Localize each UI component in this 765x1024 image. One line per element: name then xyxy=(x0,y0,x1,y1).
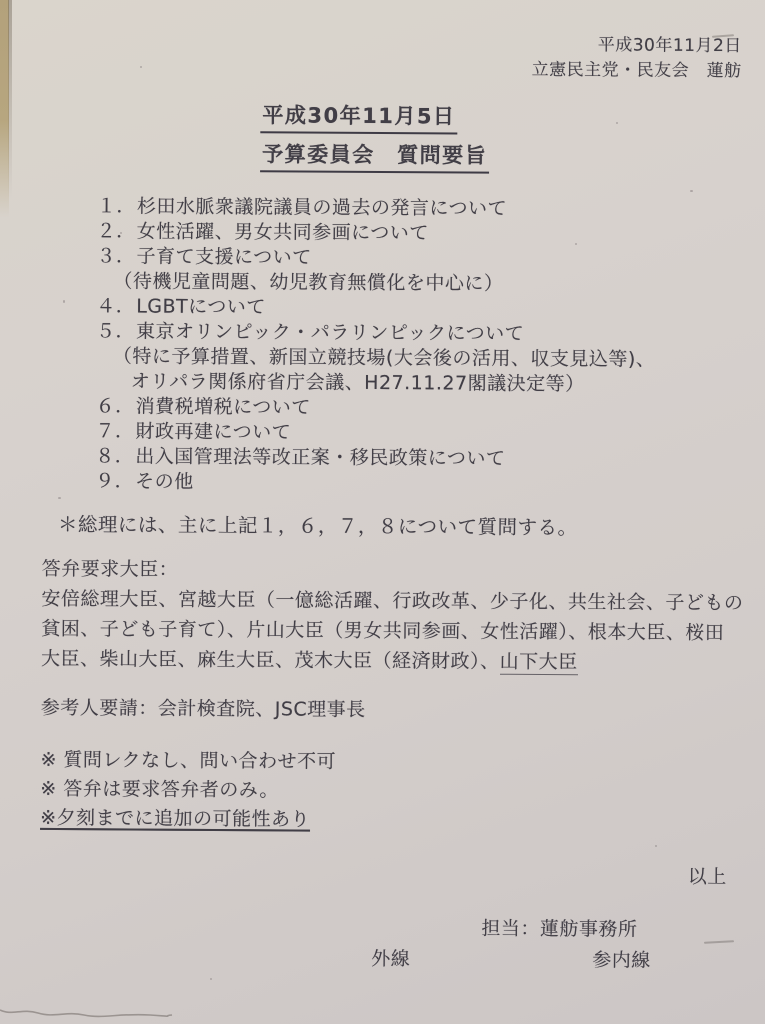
ministers-line: 安倍総理大臣、宮越大臣（一億総活躍、行政改革、少子化、共生社会、子どもの xyxy=(41,584,741,618)
ministers-heading: 答弁要求大臣： xyxy=(42,554,742,588)
contact-office: 担当：蓮舫事務所 xyxy=(481,914,637,942)
agenda-text: 財政再建について xyxy=(135,420,291,443)
note-line-underlined: ※夕刻までに追加の可能性あり xyxy=(40,804,336,835)
document-photo: 平成30年11月2日 立憲民主党・民友会 蓮舫 平成30年11月5日 予算委員会… xyxy=(0,0,765,1024)
note-line: ※ 答弁は要求答弁者のみ。 xyxy=(40,775,336,806)
agenda-item: ２．女性活躍、男女共同参画について xyxy=(97,219,656,247)
agenda-number: ３． xyxy=(96,244,136,269)
agenda-text: 東京オリンピック・パラリンピックについて xyxy=(136,320,524,344)
ministers-section: 答弁要求大臣： 安倍総理大臣、宮越大臣（一億総活躍、行政改革、少子化、共生社会、… xyxy=(41,554,742,678)
ministers-underlined-name: 山下大臣 xyxy=(500,651,578,675)
agenda-list: １．杉田水脈衆議院議員の過去の発言について ２．女性活躍、男女共同参画について … xyxy=(95,194,656,497)
agenda-item: ３．子育て支援について xyxy=(96,244,655,272)
closing-ijou: 以上 xyxy=(688,862,727,889)
agenda-item: ７．財政再建について xyxy=(95,419,654,447)
title-subject: 予算委員会 質問要旨 xyxy=(260,138,489,173)
witness-request-line: 参考人要請：会計検査院、JSC理事長 xyxy=(41,693,366,722)
agenda-text: 消費税増税について xyxy=(136,395,311,418)
party-author: 立憲民主党・民友会 蓮舫 xyxy=(532,58,742,84)
agenda-number: １． xyxy=(97,194,137,219)
agenda-number: ４． xyxy=(96,294,136,319)
agenda-item: ８．出入国管理法等改正案・移民政策について xyxy=(95,444,654,472)
agenda-number: ７． xyxy=(95,419,135,444)
ministers-line-text: 大臣、柴山大臣、麻生大臣、茂木大臣（経済財政）、 xyxy=(41,648,500,673)
agenda-subnote: （待機児童問題、幼児教育無償化を中心に） xyxy=(96,269,655,297)
agenda-item: ９．その他 xyxy=(95,469,654,497)
agenda-text: LGBTについて xyxy=(136,295,266,318)
agenda-number: ５． xyxy=(96,319,136,344)
agenda-number: ８． xyxy=(95,444,135,469)
agenda-text: 子育て支援について xyxy=(136,245,311,268)
agenda-subnote: （特に予算措置、新国立競技場(大会後の活用、収支見込等)、 xyxy=(96,344,655,372)
agenda-number: ２． xyxy=(97,219,137,244)
ministers-line: 貧困、子ども子育て）、片山大臣（男女共同参画、女性活躍）、根本大臣、桜田 xyxy=(41,614,741,648)
agenda-item: ５．東京オリンピック・パラリンピックについて xyxy=(96,319,655,347)
pm-question-note: ＊総理には、主に上記１，６，７，８について質問する。 xyxy=(58,509,578,540)
header-meta: 平成30年11月2日 立憲民主党・民友会 蓮舫 xyxy=(532,33,742,84)
inside-phone-label: 参内線 xyxy=(592,945,651,972)
title-date: 平成30年11月5日 xyxy=(260,99,457,134)
caution-notes: ※ 質問レクなし、問い合わせ不可 ※ 答弁は要求答弁者のみ。 ※夕刻までに追加の… xyxy=(40,746,336,835)
agenda-number: ６． xyxy=(96,394,136,419)
outside-phone-label: 外線 xyxy=(371,944,410,971)
note-line: ※ 質問レクなし、問い合わせ不可 xyxy=(40,746,336,777)
issue-date: 平成30年11月2日 xyxy=(532,33,742,59)
agenda-text: 杉田水脈衆議院議員の過去の発言について xyxy=(137,195,507,219)
agenda-text: その他 xyxy=(135,470,194,492)
agenda-item: ６．消費税増税について xyxy=(96,394,655,422)
document-title: 平成30年11月5日 予算委員会 質問要旨 xyxy=(260,99,489,178)
agenda-number: ９． xyxy=(95,469,135,494)
agenda-item: ４．LGBTについて xyxy=(96,294,655,322)
agenda-text: 女性活躍、男女共同参画について xyxy=(137,220,429,244)
ministers-line: 大臣、柴山大臣、麻生大臣、茂木大臣（経済財政）、山下大臣 xyxy=(41,644,741,678)
document-sheet: 平成30年11月2日 立憲民主党・民友会 蓮舫 平成30年11月5日 予算委員会… xyxy=(0,0,765,1024)
agenda-text: 出入国管理法等改正案・移民政策について xyxy=(135,445,505,469)
agenda-item: １．杉田水脈衆議院議員の過去の発言について xyxy=(97,194,656,222)
agenda-subnote: オリパラ関係府省庁会議、H27.11.27閣議決定等） xyxy=(96,369,655,397)
